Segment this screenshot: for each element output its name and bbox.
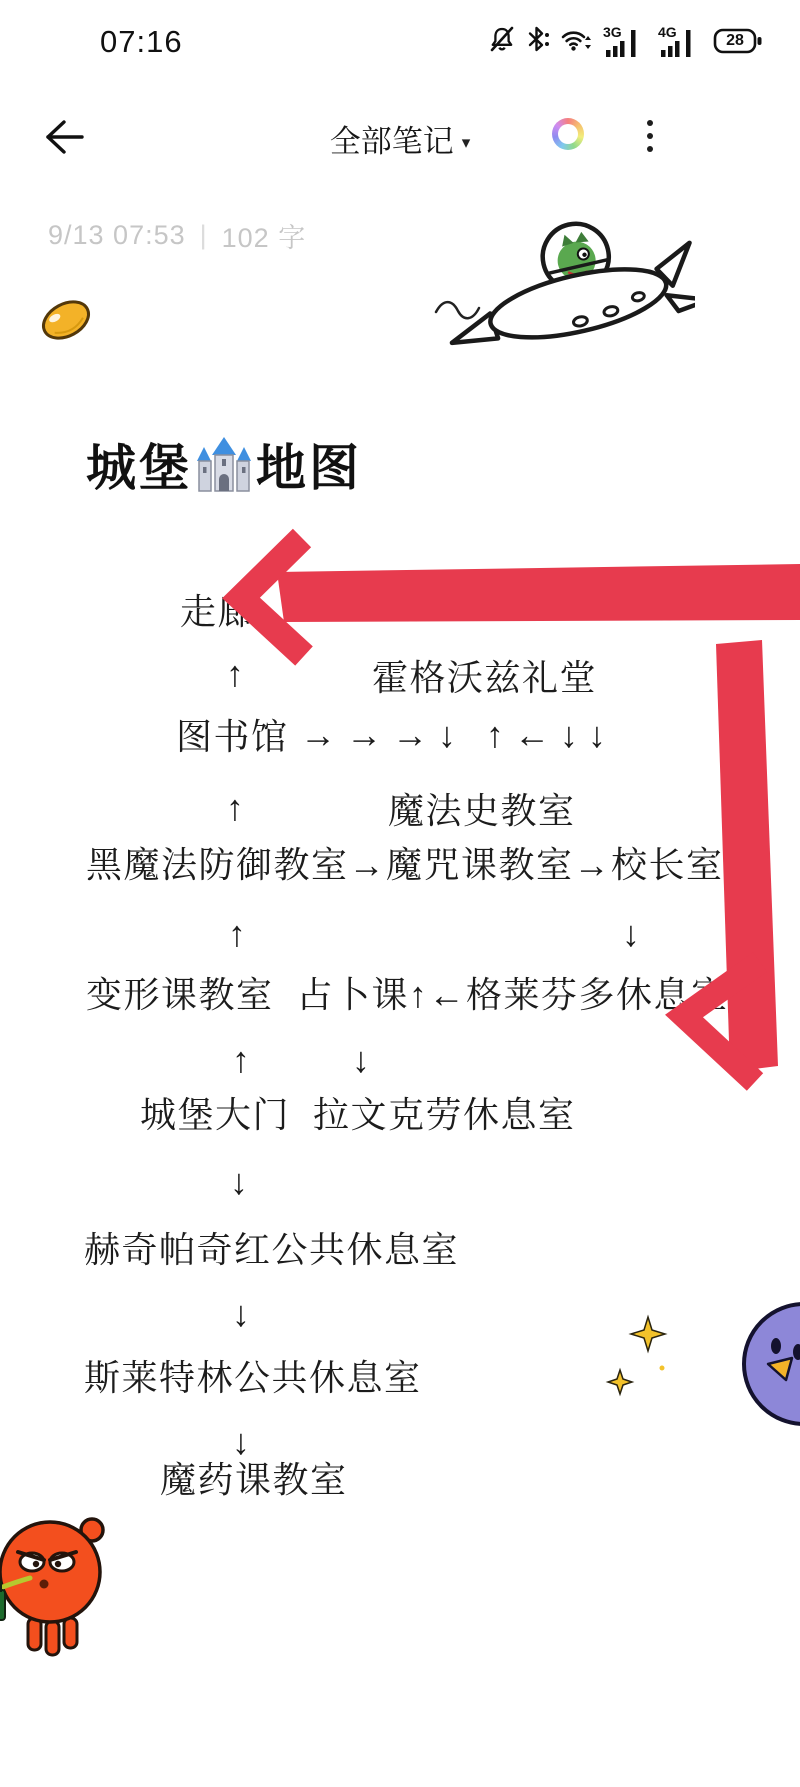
dino-ufo-sticker-icon bbox=[425, 218, 695, 368]
note-canvas[interactable]: 城堡 地图 走廊 ↑ 霍格沃兹礼堂 图书馆 → → → ↓ ↑ ← ↓ ↓ ↑ … bbox=[0, 260, 800, 1787]
status-icon-tray: 3G 4G 28 bbox=[488, 24, 765, 58]
chevron-down-icon: ▾ bbox=[462, 133, 471, 153]
meta-divider: | bbox=[200, 220, 208, 251]
battery-icon: 28 bbox=[713, 26, 765, 56]
note-title: 城堡 地图 bbox=[86, 428, 362, 500]
note-title-suffix: 地图 bbox=[256, 428, 362, 500]
note-date-label: 9/13 07:53 bbox=[48, 220, 186, 251]
map-row-transfiguration-divination-gryffindor: 变形课教室 占卜课↑←格莱芬多休息室 bbox=[86, 973, 729, 1016]
map-node-history-of-magic: 魔法史教室 bbox=[388, 789, 576, 832]
map-node-great-hall: 霍格沃兹礼堂 bbox=[372, 656, 597, 699]
map-arrow-down-3: ↓ bbox=[622, 912, 640, 955]
map-arrow-down-6: ↓ bbox=[232, 1292, 250, 1335]
map-arrow-down-4: ↓ bbox=[352, 1038, 370, 1081]
map-arrows-library-path: → → → ↓ bbox=[300, 713, 456, 756]
map-node-library: 图书馆 bbox=[176, 715, 289, 758]
purple-bird-sticker-icon bbox=[738, 1296, 800, 1436]
map-node-corridor: 走廊 bbox=[180, 590, 255, 633]
sync-theme-button[interactable] bbox=[552, 118, 584, 150]
bluetooth-icon bbox=[525, 24, 551, 59]
notes-dropdown[interactable]: 全部笔记▾ bbox=[0, 116, 800, 161]
map-arrow-up-1: ↑ bbox=[226, 652, 244, 695]
map-row-defense-charms-headmaster: 黑魔法防御教室→魔咒课教室→校长室 bbox=[86, 843, 724, 886]
map-arrow-up-4: ↑ bbox=[232, 1038, 250, 1081]
angry-orange-sticker-icon bbox=[0, 1502, 128, 1667]
map-arrow-down-5: ↓ bbox=[230, 1160, 248, 1203]
map-node-hufflepuff-room: 赫奇帕奇红公共休息室 bbox=[84, 1228, 459, 1271]
word-count-label: 102 字 bbox=[222, 216, 307, 255]
note-meta: 9/13 07:53 | 102 字 bbox=[48, 216, 306, 255]
map-arrow-up-3: ↑ bbox=[228, 912, 246, 955]
mute-bell-icon bbox=[488, 24, 516, 59]
map-arrows-loop-path: ↑ ← ↓ ↓ bbox=[486, 713, 606, 756]
signal-4g-icon: 4G bbox=[658, 26, 704, 57]
wifi-icon bbox=[560, 24, 594, 59]
castle-emoji-icon bbox=[195, 435, 253, 493]
screen: 07:16 3G bbox=[0, 0, 800, 1787]
map-arrow-down-7: ↓ bbox=[232, 1420, 250, 1463]
status-time: 07:16 bbox=[100, 24, 183, 60]
map-arrow-up-2: ↑ bbox=[226, 786, 244, 829]
menu-button[interactable] bbox=[640, 112, 660, 160]
map-node-potions-room: 魔药课教室 bbox=[160, 1458, 348, 1501]
note-title-prefix: 城堡 bbox=[86, 428, 192, 500]
map-node-slytherin-room: 斯莱特林公共休息室 bbox=[84, 1356, 422, 1399]
bean-sticker-icon bbox=[36, 292, 96, 350]
sparkle-stars-icon bbox=[598, 1308, 698, 1408]
signal-3g-icon: 3G bbox=[603, 26, 649, 57]
map-row-gate-ravenclaw: 城堡大门 拉文克劳休息室 bbox=[140, 1093, 576, 1136]
nav-title-label: 全部笔记 bbox=[330, 124, 454, 159]
battery-level-label: 28 bbox=[715, 32, 755, 50]
